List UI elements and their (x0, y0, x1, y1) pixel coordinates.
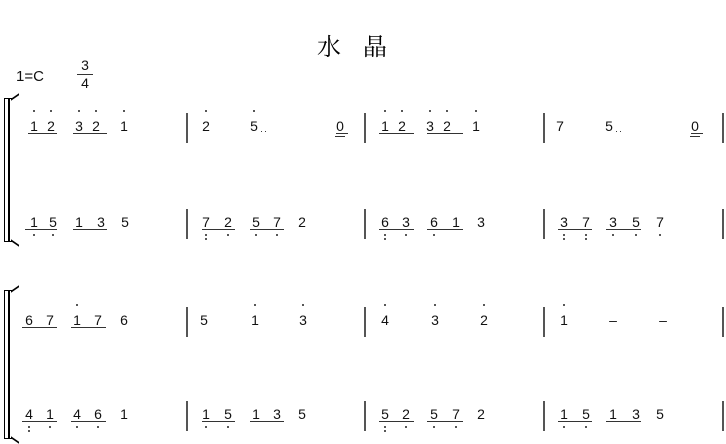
octave-down-dot (384, 234, 386, 236)
note-digit: 2 (443, 118, 451, 134)
octave-down-dot (384, 426, 386, 428)
octave-down-dot (52, 234, 54, 236)
system-brace (4, 290, 13, 439)
note-treble: 2 (89, 116, 103, 136)
note-digit: 1 (46, 406, 54, 422)
octave-up-dot (563, 304, 565, 306)
note-digit: – (609, 312, 617, 328)
bar-line (543, 401, 545, 431)
note-treble: 2 (477, 310, 491, 330)
octave-down-dot (433, 234, 435, 236)
note-bass: 3 (94, 212, 108, 232)
note-bass: 3 (474, 212, 488, 232)
note-bass: 6 (91, 404, 105, 424)
octave-up-dot (254, 304, 256, 306)
bar-line (186, 209, 188, 239)
note-digit: 5 (582, 406, 590, 422)
note-digit: 1 (252, 406, 260, 422)
note-bass: 5 (653, 404, 667, 424)
bar-line (364, 307, 366, 337)
octave-up-dot (446, 110, 448, 112)
note-digit: 1 (30, 118, 38, 134)
note-digit: 7 (582, 214, 590, 230)
note-digit: 2 (224, 214, 232, 230)
note-bass: 5 (221, 404, 235, 424)
note-treble: 6 (22, 310, 36, 330)
system-brace (4, 98, 13, 242)
note-treble: 1 (557, 310, 571, 330)
note-bass: 4 (22, 404, 36, 424)
note-digit: 1 (609, 406, 617, 422)
augmentation-dots: ·· (615, 121, 623, 141)
octave-up-dot (434, 304, 436, 306)
note-bass: 1 (449, 212, 463, 232)
note-digit: 3 (75, 118, 83, 134)
note-digit: 7 (273, 214, 281, 230)
note-digit: 2 (477, 406, 485, 422)
note-digit: 3 (431, 312, 439, 328)
note-treble: 2 (395, 116, 409, 136)
note-digit: 3 (402, 214, 410, 230)
note-digit: 0 (336, 118, 344, 134)
octave-down-dot (612, 234, 614, 236)
note-treble: 3 (72, 116, 86, 136)
time-signature-denominator: 4 (77, 76, 93, 91)
note-treble: 5·· (602, 116, 616, 136)
rest-double-underline (335, 136, 345, 137)
note-bass: 2 (399, 404, 413, 424)
note-digit: 4 (73, 406, 81, 422)
note-digit: 2 (47, 118, 55, 134)
note-digit: 7 (452, 406, 460, 422)
note-digit: 3 (477, 214, 485, 230)
note-digit: 7 (202, 214, 210, 230)
note-bass: 2 (474, 404, 488, 424)
note-digit: 2 (480, 312, 488, 328)
note-digit: 1 (452, 214, 460, 230)
note-digit: 5 (224, 406, 232, 422)
note-bass: 1 (27, 212, 41, 232)
octave-down-dot-2 (384, 238, 386, 240)
octave-up-dot (123, 110, 125, 112)
note-treble: 1 (378, 116, 392, 136)
note-digit: 1 (472, 118, 480, 134)
note-digit: 4 (381, 312, 389, 328)
note-digit: 7 (46, 312, 54, 328)
note-digit: 5 (252, 214, 260, 230)
note-treble: 3 (423, 116, 437, 136)
octave-down-dot (76, 426, 78, 428)
octave-down-dot (49, 426, 51, 428)
note-bass: 1 (72, 212, 86, 232)
note-digit: 6 (25, 312, 33, 328)
bar-line (364, 113, 366, 143)
note-treble: 0 (688, 116, 702, 136)
note-digit: 1 (560, 406, 568, 422)
octave-down-dot (585, 234, 587, 236)
song-title: 水晶 (0, 27, 726, 62)
octave-down-dot (455, 426, 457, 428)
note-bass: 7 (653, 212, 667, 232)
octave-down-dot (28, 426, 30, 428)
note-digit: 5 (381, 406, 389, 422)
note-digit: 5 (121, 214, 129, 230)
key-signature: 1=C (16, 68, 44, 85)
note-digit: 5 (250, 118, 258, 134)
note-bass: 1 (43, 404, 57, 424)
note-bass: 3 (557, 212, 571, 232)
bar-line (722, 307, 724, 337)
note-bass: 2 (295, 212, 309, 232)
octave-down-dot (97, 426, 99, 428)
bar-line (364, 209, 366, 239)
bar-line (543, 209, 545, 239)
note-treble: – (606, 310, 620, 330)
octave-up-dot (302, 304, 304, 306)
octave-up-dot (78, 110, 80, 112)
note-bass: 5 (378, 404, 392, 424)
note-treble: 1 (27, 116, 41, 136)
note-digit: 3 (273, 406, 281, 422)
note-treble: 4 (378, 310, 392, 330)
note-bass: 1 (117, 404, 131, 424)
octave-up-dot (401, 110, 403, 112)
note-digit: 6 (381, 214, 389, 230)
note-digit: 2 (92, 118, 100, 134)
note-digit: 5 (49, 214, 57, 230)
augmentation-dots: ·· (260, 121, 268, 141)
note-bass: 7 (199, 212, 213, 232)
octave-down-dot (405, 234, 407, 236)
note-digit: 3 (632, 406, 640, 422)
bar-line (186, 401, 188, 431)
octave-down-dot-2 (384, 430, 386, 432)
time-signature: 3 4 (77, 58, 93, 91)
note-treble: 7 (91, 310, 105, 330)
note-digit: 6 (120, 312, 128, 328)
note-treble: 1 (117, 116, 131, 136)
octave-down-dot (563, 426, 565, 428)
note-treble: 3 (428, 310, 442, 330)
note-digit: 4 (25, 406, 33, 422)
bar-line (186, 307, 188, 337)
octave-down-dot (227, 234, 229, 236)
note-bass: 1 (557, 404, 571, 424)
note-digit: 3 (609, 214, 617, 230)
note-digit: 1 (30, 214, 38, 230)
note-digit: 6 (430, 214, 438, 230)
octave-down-dot (433, 426, 435, 428)
note-bass: 1 (199, 404, 213, 424)
note-treble: 7 (43, 310, 57, 330)
note-digit: 5 (632, 214, 640, 230)
note-bass: 6 (378, 212, 392, 232)
note-treble: 5·· (247, 116, 261, 136)
note-digit: 2 (298, 214, 306, 230)
note-treble: 7 (553, 116, 567, 136)
bar-line (722, 209, 724, 239)
note-bass: 5 (118, 212, 132, 232)
note-digit: 1 (560, 312, 568, 328)
note-treble: 1 (70, 310, 84, 330)
brace-inner-line (8, 291, 10, 438)
octave-up-dot (475, 110, 477, 112)
octave-up-dot (50, 110, 52, 112)
octave-up-dot (76, 304, 78, 306)
note-digit: 7 (556, 118, 564, 134)
note-bass: 2 (221, 212, 235, 232)
note-digit: 3 (299, 312, 307, 328)
bar-line (543, 307, 545, 337)
note-digit: 2 (202, 118, 210, 134)
octave-down-dot (33, 234, 35, 236)
note-digit: 5 (200, 312, 208, 328)
note-bass: 3 (606, 212, 620, 232)
note-digit: 3 (97, 214, 105, 230)
octave-down-dot (205, 426, 207, 428)
octave-down-dot (405, 426, 407, 428)
octave-up-dot (384, 110, 386, 112)
note-bass: 5 (427, 404, 441, 424)
note-digit: 5 (430, 406, 438, 422)
note-digit: 6 (94, 406, 102, 422)
note-digit: 7 (94, 312, 102, 328)
octave-up-dot (205, 110, 207, 112)
note-digit: 0 (691, 118, 699, 134)
octave-down-dot (659, 234, 661, 236)
note-digit: 1 (120, 118, 128, 134)
note-bass: 3 (629, 404, 643, 424)
note-digit: 3 (426, 118, 434, 134)
octave-up-dot (33, 110, 35, 112)
octave-down-dot (563, 234, 565, 236)
note-treble: 2 (44, 116, 58, 136)
note-bass: 5 (295, 404, 309, 424)
octave-down-dot (255, 234, 257, 236)
octave-up-dot (483, 304, 485, 306)
bar-line (722, 401, 724, 431)
note-digit: 3 (560, 214, 568, 230)
octave-down-dot (585, 426, 587, 428)
octave-up-dot (95, 110, 97, 112)
note-treble: 1 (469, 116, 483, 136)
note-treble: 1 (248, 310, 262, 330)
octave-down-dot-2 (585, 238, 587, 240)
note-bass: 1 (606, 404, 620, 424)
note-treble: 0 (333, 116, 347, 136)
bar-line (364, 401, 366, 431)
note-digit: 2 (402, 406, 410, 422)
octave-down-dot-2 (205, 238, 207, 240)
note-digit: 1 (251, 312, 259, 328)
note-treble: 6 (117, 310, 131, 330)
octave-up-dot (384, 304, 386, 306)
bar-line (722, 113, 724, 143)
note-bass: 3 (270, 404, 284, 424)
bar-line (543, 113, 545, 143)
note-treble: 3 (296, 310, 310, 330)
note-bass: 5 (249, 212, 263, 232)
note-treble: 2 (440, 116, 454, 136)
octave-down-dot (276, 234, 278, 236)
note-bass: 7 (449, 404, 463, 424)
note-bass: 1 (249, 404, 263, 424)
note-digit: – (659, 312, 667, 328)
note-digit: 5 (298, 406, 306, 422)
note-bass: 5 (46, 212, 60, 232)
octave-down-dot-2 (28, 430, 30, 432)
octave-up-dot (429, 110, 431, 112)
octave-down-dot (227, 426, 229, 428)
note-treble: 2 (199, 116, 213, 136)
note-digit: 1 (381, 118, 389, 134)
note-bass: 3 (399, 212, 413, 232)
octave-down-dot (205, 234, 207, 236)
note-bass: 7 (270, 212, 284, 232)
note-digit: 5 (656, 406, 664, 422)
note-digit: 1 (202, 406, 210, 422)
bar-line (186, 113, 188, 143)
rest-double-underline (690, 136, 700, 137)
octave-down-dot (635, 234, 637, 236)
note-digit: 2 (398, 118, 406, 134)
note-digit: 1 (73, 312, 81, 328)
brace-inner-line (8, 99, 10, 241)
note-bass: 5 (629, 212, 643, 232)
note-digit: 1 (75, 214, 83, 230)
note-treble: – (656, 310, 670, 330)
note-digit: 1 (120, 406, 128, 422)
note-bass: 6 (427, 212, 441, 232)
note-bass: 4 (70, 404, 84, 424)
note-digit: 7 (656, 214, 664, 230)
note-treble: 5 (197, 310, 211, 330)
octave-up-dot (253, 110, 255, 112)
note-bass: 5 (579, 404, 593, 424)
note-digit: 5 (605, 118, 613, 134)
note-bass: 7 (579, 212, 593, 232)
octave-down-dot-2 (563, 238, 565, 240)
time-signature-numerator: 3 (77, 58, 93, 73)
